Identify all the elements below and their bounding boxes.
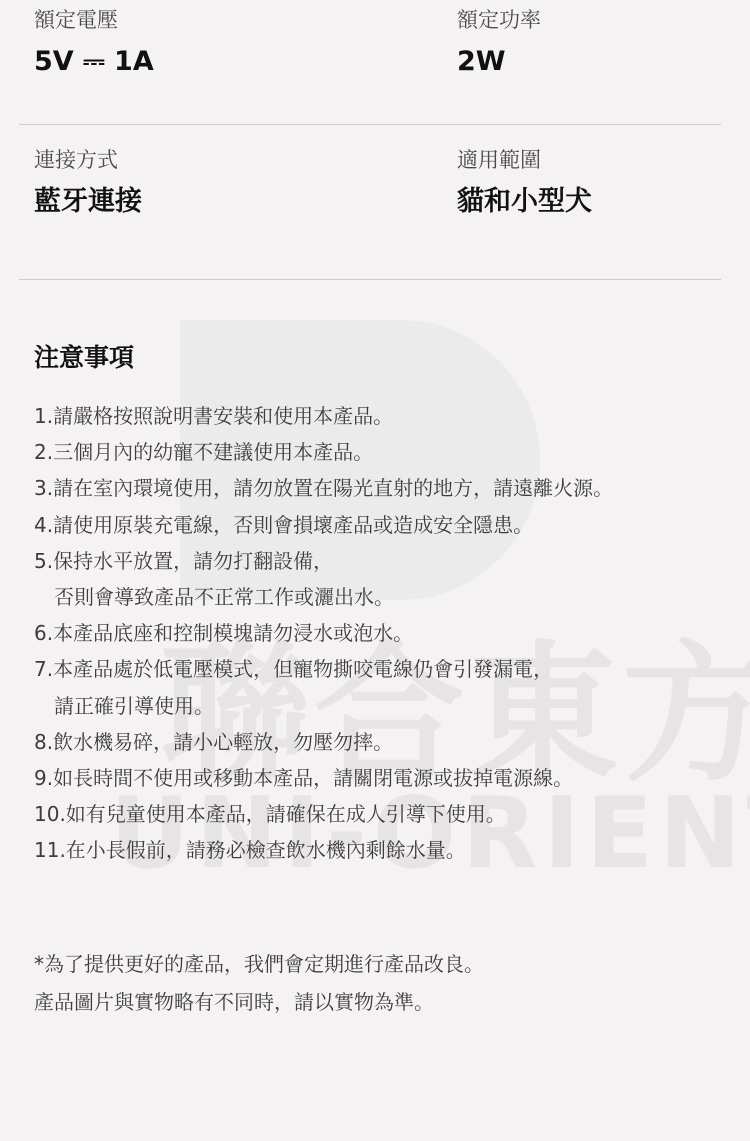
precautions-title: 注意事項 (34, 345, 750, 370)
precaution-item-continuation: 請正確引導使用。 (34, 688, 750, 724)
spec-value: 貓和小型犬 (457, 188, 592, 215)
spec-label: 額定電壓 (34, 10, 154, 31)
precaution-item: 2.三個月內的幼寵不建議使用本產品。 (34, 434, 750, 470)
spec-value: 2W (457, 48, 541, 75)
precaution-item: 6.本產品底座和控制模塊請勿浸水或泡水。 (34, 615, 750, 651)
precaution-item: 5.保持水平放置，請勿打翻設備， (34, 543, 750, 579)
precaution-item: 11.在小長假前，請務必檢查飲水機內剩餘水量。 (34, 832, 750, 868)
spec-label: 連接方式 (34, 150, 142, 171)
spec-rated-power: 額定功率 2W (457, 0, 541, 75)
precaution-item: 7.本產品處於低電壓模式，但寵物撕咬電線仍會引發漏電， (34, 651, 750, 687)
precaution-item: 3.請在室內環境使用，請勿放置在陽光直射的地方，請遠離火源。 (34, 470, 750, 506)
spec-label: 適用範圍 (457, 150, 592, 171)
precautions-section: 注意事項 1.請嚴格按照說明書安裝和使用本產品。 2.三個月內的幼寵不建議使用本… (0, 345, 750, 869)
spec-rated-voltage: 額定電壓 5V ⎓ 1A (34, 0, 154, 75)
spec-applicable-range: 適用範圍 貓和小型犬 (457, 125, 592, 215)
spec-row-power: 額定電壓 5V ⎓ 1A 額定功率 2W (19, 0, 721, 125)
precaution-item: 1.請嚴格按照說明書安裝和使用本產品。 (34, 398, 750, 434)
spec-value: 5V ⎓ 1A (34, 48, 154, 75)
precautions-list: 1.請嚴格按照說明書安裝和使用本產品。 2.三個月內的幼寵不建議使用本產品。 3… (34, 398, 750, 869)
precaution-item: 10.如有兒童使用本產品，請確保在成人引導下使用。 (34, 796, 750, 832)
disclaimer-section: *為了提供更好的產品，我們會定期進行產品改良。 產品圖片與實物略有不同時，請以實… (0, 945, 750, 1021)
precaution-item: 9.如長時間不使用或移動本產品，請關閉電源或拔掉電源線。 (34, 760, 750, 796)
spec-connection-method: 連接方式 藍牙連接 (34, 125, 142, 215)
spec-row-connectivity: 連接方式 藍牙連接 適用範圍 貓和小型犬 (19, 125, 721, 280)
precaution-item-continuation: 否則會導致產品不正常工作或灑出水。 (34, 579, 750, 615)
precaution-item: 4.請使用原裝充電線，否則會損壞產品或造成安全隱患。 (34, 507, 750, 543)
spec-value: 藍牙連接 (34, 188, 142, 215)
disclaimer-line: *為了提供更好的產品，我們會定期進行產品改良。 (34, 945, 750, 983)
disclaimer-line: 產品圖片與實物略有不同時，請以實物為準。 (34, 983, 750, 1021)
precaution-item: 8.飲水機易碎，請小心輕放，勿壓勿摔。 (34, 724, 750, 760)
page-content: 額定電壓 5V ⎓ 1A 額定功率 2W 連接方式 藍牙連接 適用範圍 貓和小型… (0, 0, 750, 1021)
spec-label: 額定功率 (457, 10, 541, 31)
